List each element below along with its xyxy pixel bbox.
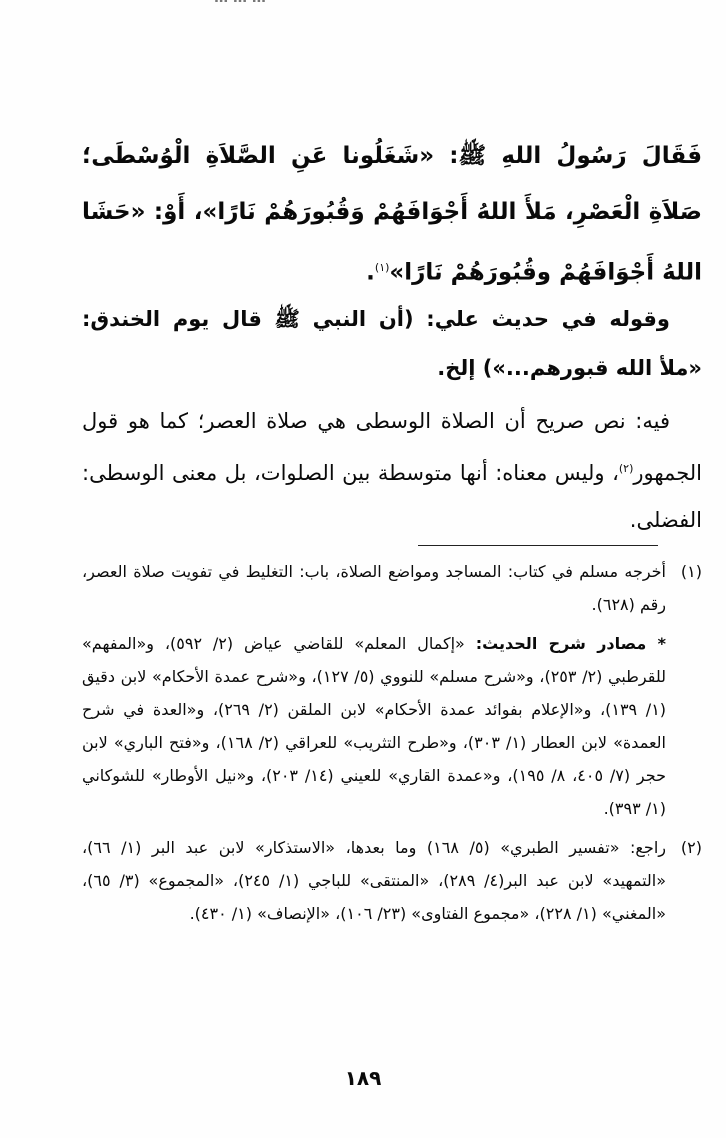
- footnote-separator: [418, 545, 658, 547]
- footnote-text: راجع: «تفسير الطبري» (٥/ ١٦٨) وما بعدها،…: [82, 838, 666, 923]
- footnote-1: (١) أخرجه مسلم في كتاب: المساجد ومواضع ا…: [82, 555, 702, 621]
- commentary-quote-paragraph: وقوله في حديث علي: (أن النبي ﷺ قال يوم ا…: [82, 295, 702, 393]
- hadith-paragraph: فَقَالَ رَسُولُ اللهِ ﷺ: «شَغَلُونا عَنِ…: [82, 128, 702, 301]
- footnote-sources: * مصادر شرح الحديث: «إكمال المعلم» للقاض…: [82, 627, 702, 825]
- footnote-number: (٢): [681, 831, 702, 864]
- footnotes-section: (١) أخرجه مسلم في كتاب: المساجد ومواضع ا…: [82, 555, 702, 930]
- sources-lead: * مصادر شرح الحديث:: [476, 634, 666, 653]
- footnote-2: (٢) راجع: «تفسير الطبري» (٥/ ١٦٨) وما بع…: [82, 831, 702, 930]
- footnote-text: أخرجه مسلم في كتاب: المساجد ومواضع الصلا…: [82, 562, 666, 614]
- page-number: ١٨٩: [0, 1066, 726, 1090]
- commentary-quote-text: وقوله في حديث علي: (أن النبي ﷺ قال يوم ا…: [82, 307, 702, 380]
- footnote-ref-1[interactable]: (١): [375, 261, 390, 274]
- book-page: … … … فَقَالَ رَسُولُ اللهِ ﷺ: «شَغَلُون…: [0, 0, 726, 1138]
- commentary-paragraph: فيه: نص صريح أن الصلاة الوسطى هي صلاة ال…: [82, 398, 702, 544]
- sources-text: «إكمال المعلم» للقاضي عياض (٢/ ٥٩٢)، و«ا…: [82, 634, 666, 818]
- hadith-text: فَقَالَ رَسُولُ اللهِ ﷺ: «شَغَلُونا عَنِ…: [82, 143, 702, 286]
- footnote-ref-2[interactable]: (٢): [619, 462, 634, 475]
- footnote-number: (١): [681, 555, 702, 588]
- clipped-header-text: … … …: [160, 0, 320, 4]
- commentary-text-part2: ، وليس معناه: أنها متوسطة بين الصلوات، ب…: [82, 461, 702, 532]
- hadith-end: .: [366, 260, 375, 286]
